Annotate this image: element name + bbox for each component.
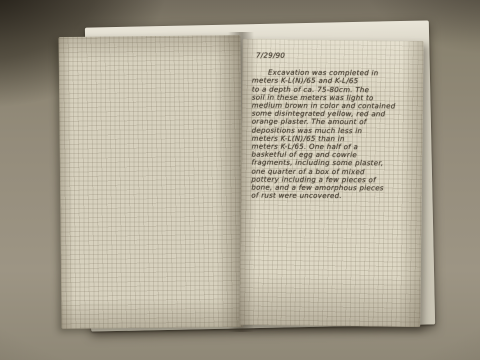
left-page-shading (58, 35, 243, 329)
handwriting-line: of rust were uncovered. (251, 192, 413, 201)
note-date: 7/29/90 (256, 52, 414, 61)
handwriting-line: orange plaster. The amount of (252, 118, 414, 127)
left-graph-page (58, 35, 243, 329)
notebook-photo: 7/29/90 Excavation was completed inmeter… (0, 0, 480, 360)
right-notes-page: 7/29/90 Excavation was completed inmeter… (239, 39, 423, 327)
handwritten-notes: 7/29/90 Excavation was completed inmeter… (251, 52, 414, 201)
handwriting-line: meters K-L(N)/65 and K-L/65 (252, 77, 414, 86)
note-body: Excavation was completed inmeters K-L(N)… (251, 69, 414, 201)
